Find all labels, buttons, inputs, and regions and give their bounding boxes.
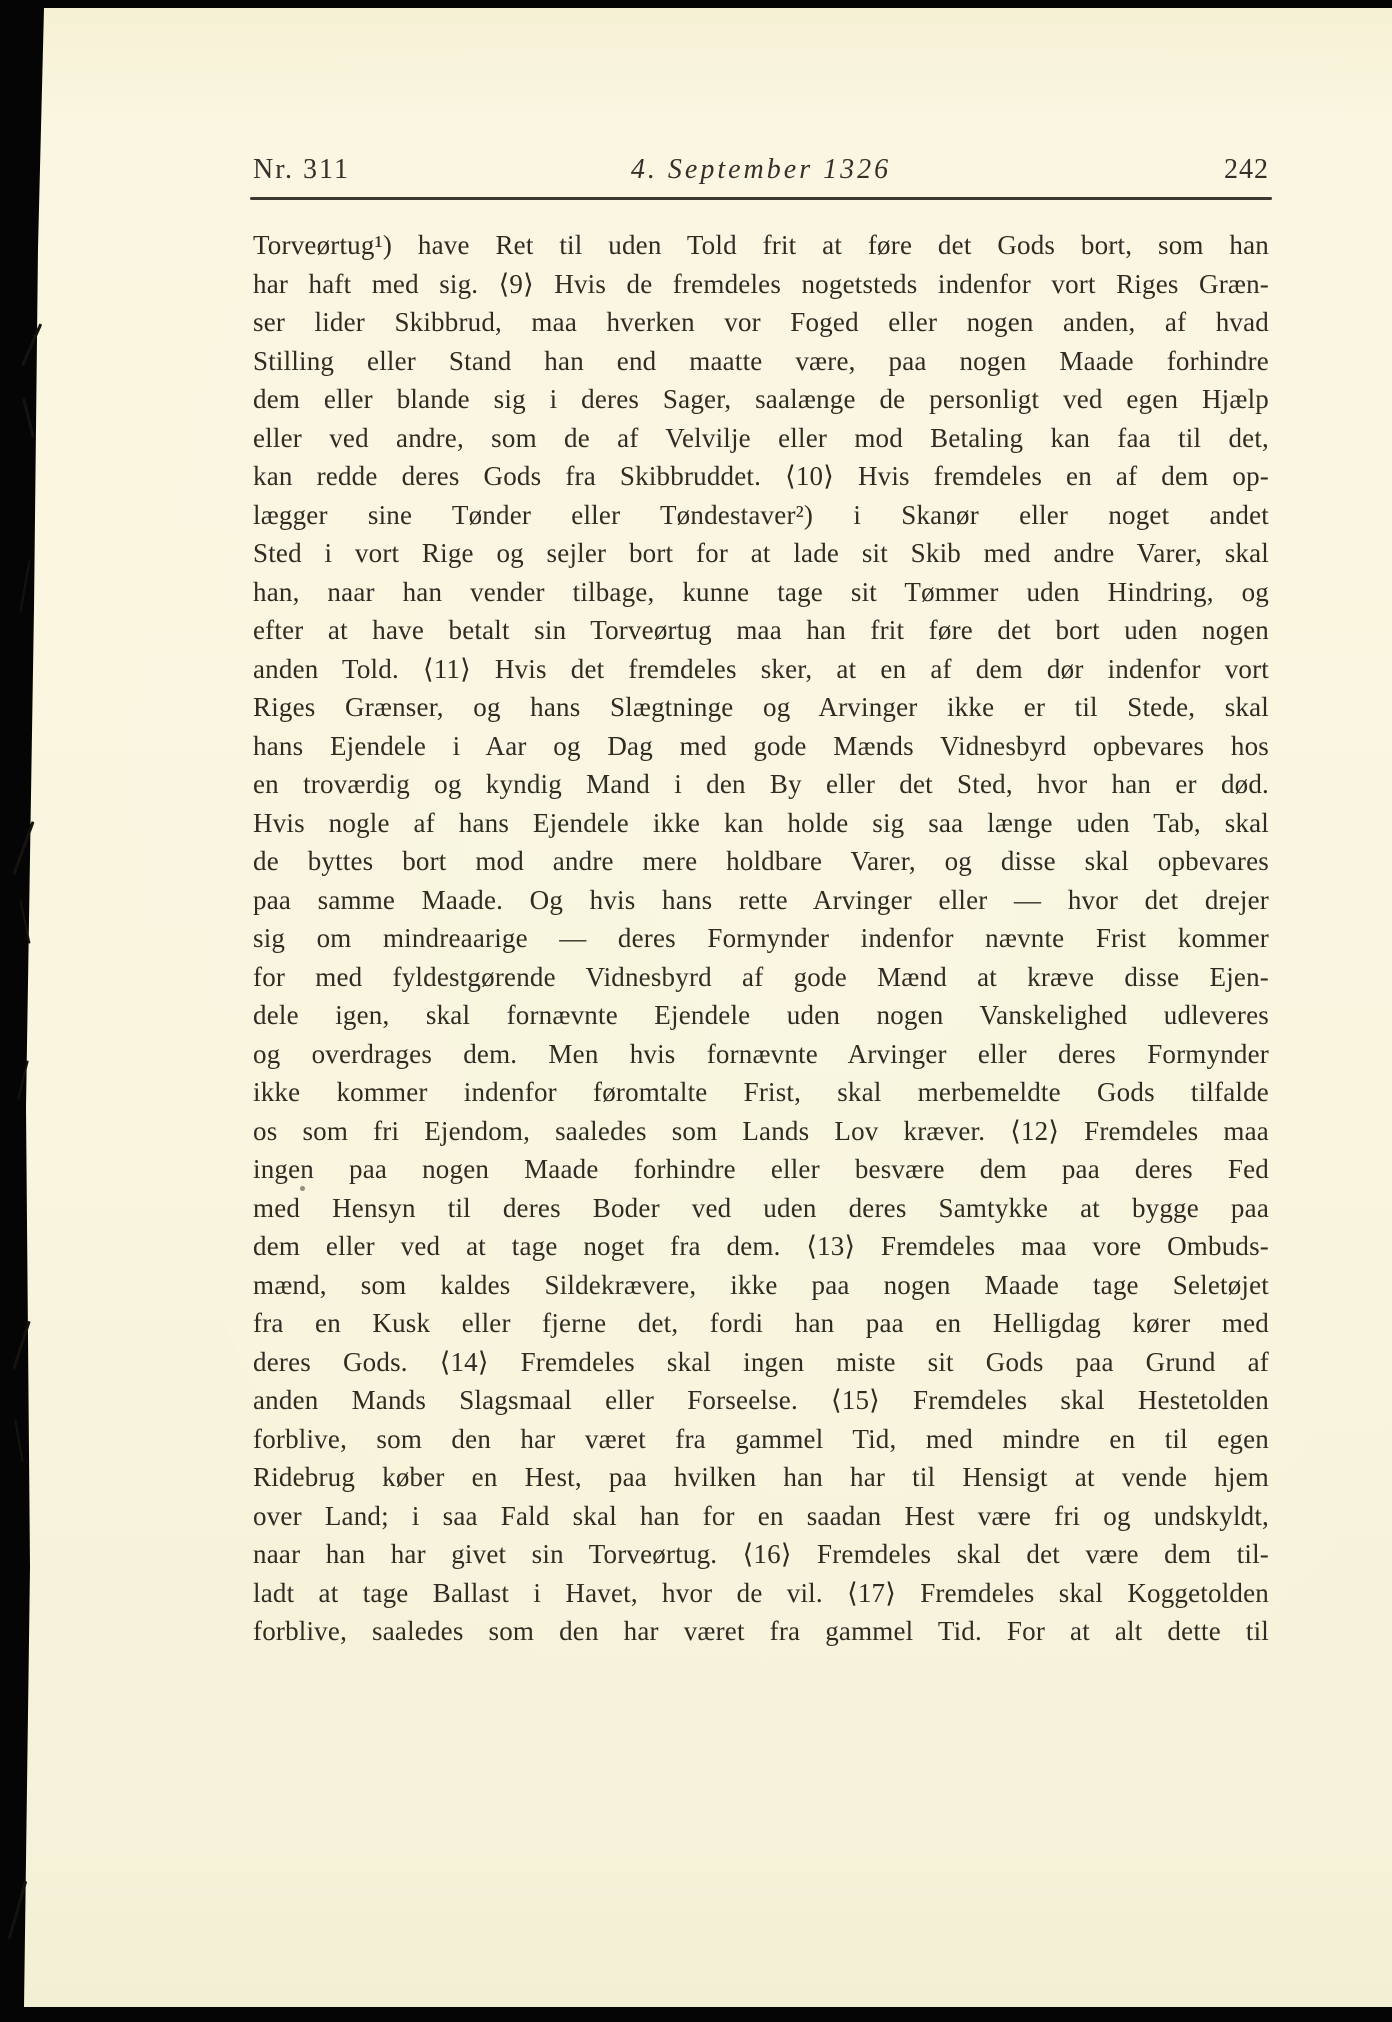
text-line: ingen paa nogen Maade forhindre eller be… [253, 1150, 1269, 1189]
text-line: fra en Kusk eller fjerne det, fordi han … [253, 1304, 1269, 1343]
text-line: lægger sine Tønder eller Tøndestaver²) i… [253, 496, 1269, 535]
page-header: Nr. 311 4. September 1326 242 [253, 148, 1269, 190]
text-line: paa samme Maade. Og hvis hans rette Arvi… [253, 881, 1269, 920]
body-text: Torveørtug¹) have Ret til uden Told frit… [253, 226, 1269, 1651]
scan-artifact-hair [20, 560, 31, 612]
text-line: forblive, saaledes som den har været fra… [253, 1612, 1269, 1651]
text-line: over Land; i saa Fald skal han for en sa… [253, 1497, 1269, 1536]
text-line: dem eller blande sig i deres Sager, saal… [253, 380, 1269, 419]
text-line: hans Ejendele i Aar og Dag med gode Mænd… [253, 727, 1269, 766]
scanned-book-page: Nr. 311 4. September 1326 242 Torveørtug… [0, 0, 1392, 2022]
text-line: anden Mands Slagsmaal eller Forseelse. ⟨… [253, 1381, 1269, 1420]
page-number: 242 [1224, 154, 1269, 186]
text-line: ikke kommer indenfor føromtalte Frist, s… [253, 1073, 1269, 1112]
text-line: forblive, som den har været fra gammel T… [253, 1420, 1269, 1459]
text-line: ladt at tage Ballast i Havet, hvor de vi… [253, 1574, 1269, 1613]
text-line: dem eller ved at tage noget fra dem. ⟨13… [253, 1227, 1269, 1266]
text-line: mænd, som kaldes Sildekrævere, ikke paa … [253, 1266, 1269, 1305]
text-line: deres Gods. ⟨14⟩ Fremdeles skal ingen mi… [253, 1343, 1269, 1382]
text-line: os som fri Ejendom, saaledes som Lands L… [253, 1112, 1269, 1151]
text-line: Stilling eller Stand han end maatte være… [253, 342, 1269, 381]
text-line: for med fyldestgørende Vidnesbyrd af god… [253, 958, 1269, 997]
scan-artifact-hair [12, 1321, 30, 1369]
text-line: dele igen, skal fornævnte Ejendele uden … [253, 996, 1269, 1035]
text-line: de byttes bort mod andre mere holdbare V… [253, 842, 1269, 881]
text-line: eller ved andre, som de af Velvilje elle… [253, 419, 1269, 458]
text-line: Riges Grænser, og hans Slægtninge og Arv… [253, 688, 1269, 727]
scan-artifact-hair [14, 1420, 23, 1462]
text-line: efter at have betalt sin Torveørtug maa … [253, 611, 1269, 650]
text-line: Hvis nogle af hans Ejendele ikke kan hol… [253, 804, 1269, 843]
text-line: Ridebrug køber en Hest, paa hvilken han … [253, 1458, 1269, 1497]
page-title-date: 4. September 1326 [253, 154, 1269, 186]
text-line: med Hensyn til deres Boder ved uden dere… [253, 1189, 1269, 1228]
text-line: han, naar han vender tilbage, kunne tage… [253, 573, 1269, 612]
header-rule [250, 197, 1272, 200]
text-line: anden Told. ⟨11⟩ Hvis det fremdeles sker… [253, 650, 1269, 689]
text-line: kan redde deres Gods fra Skibbruddet. ⟨1… [253, 457, 1269, 496]
text-line: Sted i vort Rige og sejler bort for at l… [253, 534, 1269, 573]
text-line: har haft med sig. ⟨9⟩ Hvis de fremdeles … [253, 265, 1269, 304]
text-line: naar han har givet sin Torveørtug. ⟨16⟩ … [253, 1535, 1269, 1574]
text-line: Torveørtug¹) have Ret til uden Told frit… [253, 226, 1269, 265]
text-line: en troværdig og kyndig Mand i den By ell… [253, 765, 1269, 804]
text-line: og overdrages dem. Men hvis fornævnte Ar… [253, 1035, 1269, 1074]
scan-artifact-hair [22, 398, 35, 438]
scan-artifact-hair [19, 900, 30, 943]
scan-artifact-hair [8, 1881, 27, 1940]
text-line: sig om mindreaarige — deres Formynder in… [253, 919, 1269, 958]
text-line: ser lider Skibbrud, maa hverken vor Foge… [253, 303, 1269, 342]
